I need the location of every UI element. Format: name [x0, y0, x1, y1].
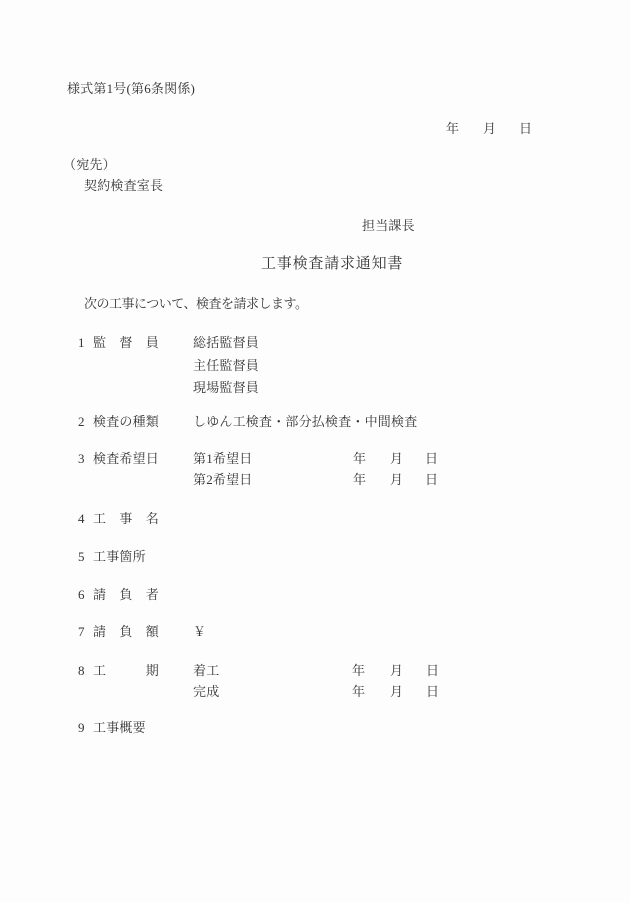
- second-choice-day-label: 日: [425, 472, 438, 488]
- period-end-day-label: 日: [426, 684, 439, 700]
- item-4-label: 工 事 名: [93, 511, 159, 527]
- document-title: 工事検査請求通知書: [261, 256, 403, 272]
- item-8-number: 8: [78, 663, 85, 679]
- item-2-number: 2: [78, 414, 85, 430]
- supervisor-general: 総括監督員: [193, 335, 259, 351]
- sender-title: 担当課長: [362, 218, 415, 234]
- issue-date-day-label: 日: [519, 121, 532, 137]
- supervisor-chief: 主任監督員: [193, 358, 259, 374]
- document-page: 様式第1号(第6条関係) 年 月 日 （宛先） 契約検査室長 担当課長 工事検査…: [0, 0, 630, 903]
- item-9-number: 9: [78, 720, 85, 736]
- item-7-label: 請 負 額: [93, 624, 159, 640]
- period-end-year-label: 年: [352, 684, 365, 700]
- issue-date-year-label: 年: [446, 121, 459, 137]
- item-6-label: 請 負 者: [93, 587, 159, 603]
- item-9-label: 工事概要: [93, 720, 146, 736]
- item-5-number: 5: [78, 549, 85, 565]
- first-choice-year-label: 年: [353, 451, 366, 467]
- item-3-label: 検査希望日: [93, 451, 159, 467]
- item-5-label: 工事箇所: [93, 549, 146, 565]
- second-choice-month-label: 月: [390, 472, 403, 488]
- second-choice-label: 第2希望日: [193, 472, 253, 488]
- period-end-label: 完成: [193, 684, 219, 700]
- item-8-label: 工 期: [93, 663, 159, 679]
- period-end-month-label: 月: [390, 684, 403, 700]
- addressee-prefix: （宛先）: [63, 157, 116, 173]
- first-choice-label: 第1希望日: [193, 451, 253, 467]
- item-1-number: 1: [78, 335, 85, 351]
- item-7-number: 7: [78, 624, 85, 640]
- period-start-year-label: 年: [352, 663, 365, 679]
- first-choice-day-label: 日: [425, 451, 438, 467]
- issue-date-month-label: 月: [483, 121, 496, 137]
- period-start-month-label: 月: [390, 663, 403, 679]
- first-choice-month-label: 月: [390, 451, 403, 467]
- yen-sign: ￥: [193, 624, 206, 640]
- intro-text: 次の工事について、検査を請求します。: [84, 296, 307, 312]
- item-6-number: 6: [78, 587, 85, 603]
- second-choice-year-label: 年: [353, 472, 366, 488]
- item-4-number: 4: [78, 511, 85, 527]
- item-1-label: 監 督 員: [93, 335, 159, 351]
- item-3-number: 3: [78, 451, 85, 467]
- form-number: 様式第1号(第6条関係): [67, 81, 195, 97]
- inspection-type-value: しゆん工検査・部分払検査・中間検査: [193, 414, 417, 430]
- supervisor-site: 現場監督員: [193, 380, 259, 396]
- item-2-label: 検査の種類: [93, 414, 159, 430]
- addressee: 契約検査室長: [84, 178, 163, 194]
- period-start-day-label: 日: [426, 663, 439, 679]
- period-start-label: 着工: [193, 663, 219, 679]
